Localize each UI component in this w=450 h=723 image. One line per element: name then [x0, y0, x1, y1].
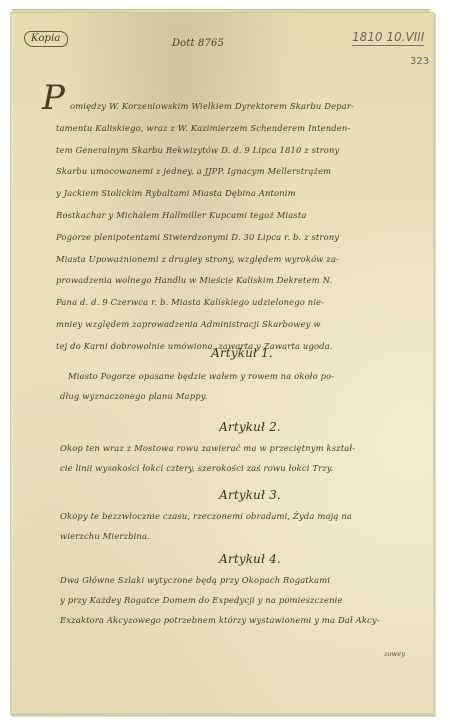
preamble: omiędzy W. Korzeniowskim Wielkiem Dyrekt… [56, 96, 394, 358]
article-3-body: Okopy te bezzwłocznie czasu, rzeczonemi … [60, 506, 400, 546]
article-line: Dwa Główne Szlaki wytyczone będą przy Ok… [60, 570, 400, 590]
preamble-line: prowadzenia wolnego Handlu w Mieście Kal… [56, 270, 394, 292]
preamble-line: tem Generalnym Skarbu Rekwizytów D. d. 9… [56, 140, 394, 162]
article-4-body: Dwa Główne Szlaki wytyczone będą przy Ok… [60, 570, 400, 630]
preamble-line: Pogorze plenipotentami Stwierdzonymi D. … [56, 227, 394, 249]
preamble-line: tamentu Kaliskiego, wraz z W. Kazimierze… [56, 118, 394, 140]
article-3-heading: Artykuł 3. [150, 488, 350, 502]
article-1-body: Miasto Pogorze opasane będzie wałem y ro… [60, 366, 400, 406]
article-1-heading: Artykuł 1. [142, 346, 342, 360]
archive-date: 1810 10.VIII [352, 30, 424, 46]
article-2-body: Okop ten wraz z Mostowa rowu zawierać ma… [60, 438, 400, 478]
preamble-line: y Jackiem Stolickim Rybaltami Miasta Dęb… [56, 183, 394, 205]
preamble-line: Miasta Upoważnionemi z drugiey strony, w… [56, 249, 394, 271]
docket-number: Dott 8765 [172, 38, 224, 49]
article-line: Exzaktora Akcyzowego potrzebnem którzy w… [60, 610, 400, 630]
article-line: Okopy te bezzwłocznie czasu, rzeczonemi … [60, 506, 400, 526]
article-line: cie linii wysokości łokci cztery, szerok… [60, 458, 400, 478]
folio-number: 323 [410, 56, 429, 67]
preamble-line: Skarbu umocowanemi z jedney, a JJPP. Ign… [56, 161, 394, 183]
article-2-heading: Artykuł 2. [150, 420, 350, 434]
catchword: zowey [384, 650, 405, 658]
article-line: dług wyznaczonego planu Mappy. [60, 386, 400, 406]
article-line: Okop ten wraz z Mostowa rowu zawierać ma… [60, 438, 400, 458]
preamble-line: mniey względem zaprowadzenia Administrac… [56, 314, 394, 336]
preamble-line: Rostkachar y Michałem Hallmiller Kupcami… [56, 205, 394, 227]
article-line: wierzchu Mierzbina. [60, 526, 400, 546]
article-4-heading: Artykuł 4. [150, 552, 350, 566]
preamble-line: omiędzy W. Korzeniowskim Wielkiem Dyrekt… [56, 96, 394, 118]
preamble-line: Pana d. d. 9 Czerwca r. b. Miasta Kalisk… [56, 292, 394, 314]
article-line: y przy Każdey Rogatce Domem do Expedycji… [60, 590, 400, 610]
article-line: Miasto Pogorze opasane będzie wałem y ro… [60, 366, 400, 386]
marginal-note: Kopia [24, 31, 68, 47]
